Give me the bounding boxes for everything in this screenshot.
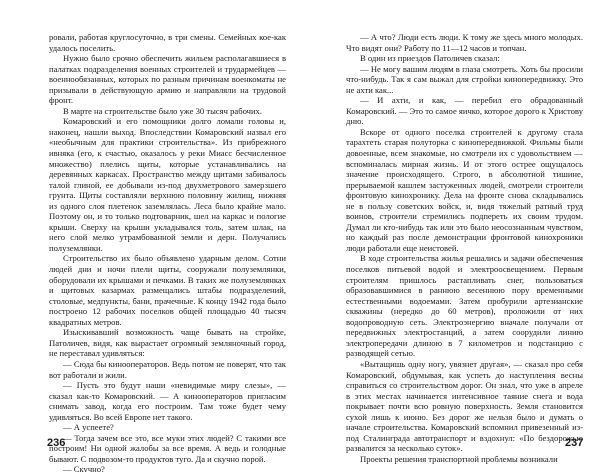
left-page: ровали, работая круглосуточно, в три сме… (0, 0, 300, 472)
dialogue-line: — Сюда бы кинооператоров. Ведь потом не … (49, 359, 286, 380)
dialogue-line: — Не могу вашим людям в глаза смотреть. … (346, 64, 583, 96)
right-page-text: — А что? Люди есть люди. К тому же здесь… (346, 32, 583, 464)
paragraph: Нужно было срочно обеспечить жильем расп… (49, 53, 286, 106)
dialogue-line: — А что? Люди есть люди. К тому же здесь… (346, 32, 583, 53)
paragraph: Вскоре от одного поселка строителей к др… (346, 127, 583, 254)
paragraph: Проекты решения транспортной проблемы во… (346, 454, 583, 465)
paragraph: ровали, работая круглосуточно, в три сме… (49, 32, 286, 53)
paragraph: Строительство их было объявлено ударным … (49, 253, 286, 327)
book-spread: ровали, работая круглосуточно, в три сме… (0, 0, 600, 472)
paragraph: Комаровский и его помощники долго ломали… (49, 116, 286, 253)
paragraph: В один из приездов Патоличев сказал: (346, 53, 583, 64)
paragraph: В ходе строительства жилья решались и за… (346, 253, 583, 358)
page-number: 236 (47, 437, 65, 449)
right-page: — А что? Люди есть люди. К тому же здесь… (300, 0, 600, 472)
dialogue-line: — Тогда зачем все это, все муки этих люд… (49, 433, 286, 465)
left-page-text: ровали, работая круглосуточно, в три сме… (49, 32, 286, 472)
dialogue-line: — Пусть это будут наши «невидимые миру с… (49, 380, 286, 422)
dialogue-line: — Скучно? (49, 464, 286, 472)
dialogue-line: — И ахти, и как, — перебил его обрадован… (346, 95, 583, 127)
paragraph: В марте на строительстве было уже 30 тыс… (49, 106, 286, 117)
dialogue-line: — А успеете? (49, 422, 286, 433)
paragraph: Изыскивавший возможность чаще бывать на … (49, 327, 286, 359)
page-number: 237 (565, 437, 583, 449)
paragraph: «Вытащишь одну ногу, увязнет другая», — … (346, 359, 583, 454)
